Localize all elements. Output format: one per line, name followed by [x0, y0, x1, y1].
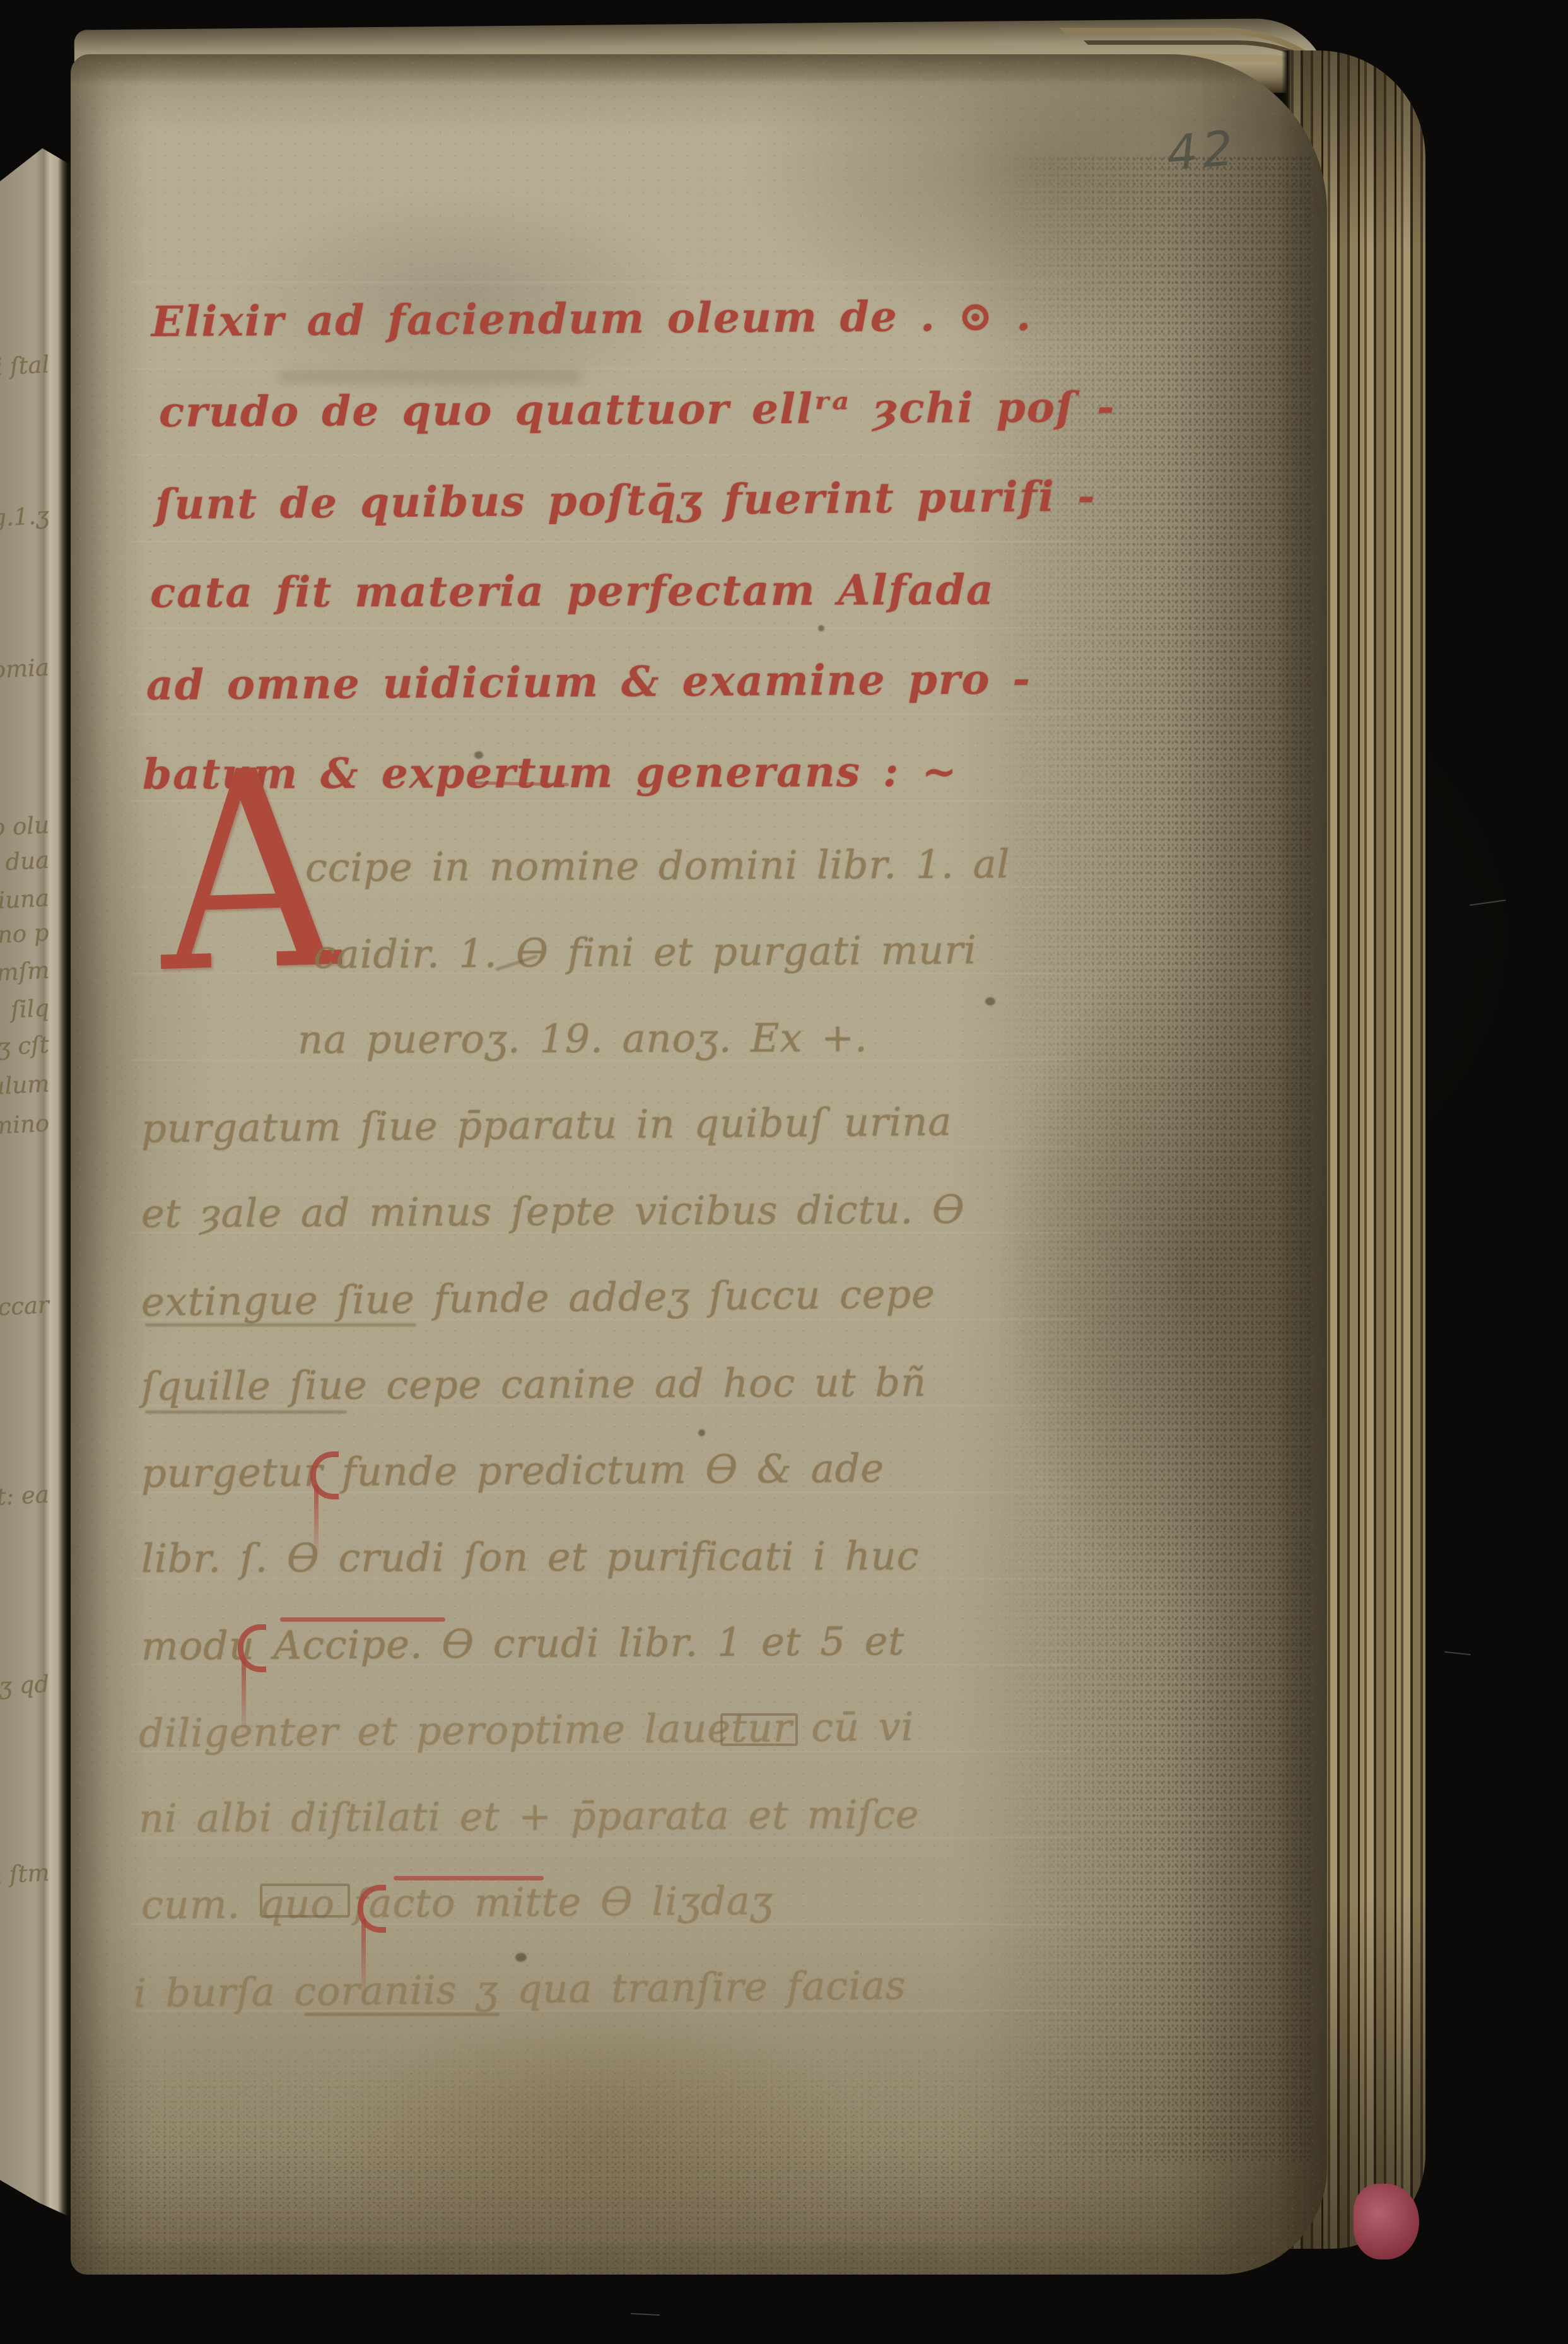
background-scratch [1444, 1651, 1471, 1655]
body-line: ſquille ſiue cepe canine ad hoc ut bñ [141, 1359, 927, 1410]
rubric-line: cata fit materia perfectam Alfada [150, 565, 995, 618]
facing-page-text-fragment: ra mſm [0, 956, 50, 988]
ink-box [720, 1713, 798, 1746]
facing-page-text-fragment: uʒ dua [0, 847, 50, 878]
facing-page-text-fragment: ſriuna [0, 884, 50, 915]
body-line: extingue ſiue funde addeʒ ſuccu cepe [141, 1270, 936, 1325]
facing-page-text-fragment: rʒ cſt [0, 1031, 50, 1061]
body-line: caidir. 1. Ɵ fini et purgati muri [313, 927, 977, 977]
facing-page-text-fragment: oleo olu [0, 811, 50, 843]
stain-spot [985, 997, 995, 1005]
rubric-line: ſunt de quibus poſtq̄ʒ fuerint purifi - [155, 471, 1096, 529]
facing-page-text-fragment: drei ſtal [0, 351, 50, 383]
ink-underline [145, 1323, 416, 1327]
body-line: ni albi diſtilati et + p̄parata et miſce [139, 1791, 920, 1841]
ink-box [260, 1884, 350, 1918]
body-line: purgatum ſiue p̄paratu in quibuſ urina [141, 1098, 952, 1151]
stain-spot [515, 1953, 527, 1962]
red-overline [280, 1617, 445, 1622]
stain-spot [818, 625, 824, 631]
body-line: et ȝale ad minus ſepte vicibus dictu. Ɵ [141, 1187, 965, 1237]
rubric-line: Elixir ad faciendum oleum de . ⊙ . [151, 291, 1033, 346]
facing-page-sliver: drei ſtalme: g.1.ʒta omiaoleo oluuʒ duaſ… [0, 148, 71, 2217]
facing-page-text-fragment: abulum [0, 1070, 50, 1101]
red-paraph-tail [361, 1918, 366, 2007]
facing-page-text-fragment: ſt: ea [0, 1480, 50, 1511]
body-line: na pueroʒ. 19. anoʒ. Ex +. [298, 1014, 868, 1062]
red-paraph-tail [242, 1658, 246, 1741]
rubric-line: crudo de quo quattuor ellʳᵃ ȝchi poſ - [159, 382, 1116, 437]
manuscript-photo-stage: drei ſtalme: g.1.ʒta omiaoleo oluuʒ duaſ… [0, 0, 1568, 2344]
body-line: diligenter et peroptime lauetur cū vi [139, 1704, 915, 1757]
background-scratch [1470, 900, 1506, 906]
facing-page-text-fragment: ſilq [10, 994, 50, 1023]
facing-page-text-fragment: me: g.1.ʒ [0, 502, 50, 535]
rubric-line: ad omne uidicium & examine pro - [146, 654, 1031, 710]
body-line: i burſa coraniis ʒ qua tranſire facias [134, 1962, 906, 2017]
red-paraph-tail [314, 1485, 319, 1559]
stain-spot [698, 1429, 705, 1436]
ink-underline [304, 2013, 500, 2016]
facing-page-text-fragment: ta omia [0, 653, 50, 685]
body-line: libr. ſ. Ɵ crudi ſon et purificati i huc [141, 1533, 920, 1581]
facing-page-text-fragment: ʒ qd [0, 1670, 50, 1700]
facing-page-text-fragment: dono p [0, 919, 50, 951]
manuscript-page: 42 Elixir ad faciendum oleum de . ⊙ .cru… [71, 54, 1327, 2275]
body-line: purgetur funde predictum Ɵ & ade [141, 1445, 885, 1496]
ink-underline [145, 1410, 347, 1414]
facing-page-text-fragment: ſuccar [0, 1291, 50, 1322]
facing-page-text-fragment: m ſtm [0, 1859, 50, 1890]
body-line: ccipe in nomine domini libr. 1. al [305, 841, 1010, 891]
ink-smear [279, 370, 582, 384]
folio-number: 42 [1164, 119, 1240, 181]
body-line: cum. quo facto mitte Ɵ liʒdaʒ [141, 1878, 773, 1928]
background-scratch [631, 2313, 660, 2316]
red-overline [394, 1876, 544, 1880]
facing-page-text-fragment: amino [0, 1110, 50, 1140]
binding-cover-edge [1354, 2184, 1419, 2259]
